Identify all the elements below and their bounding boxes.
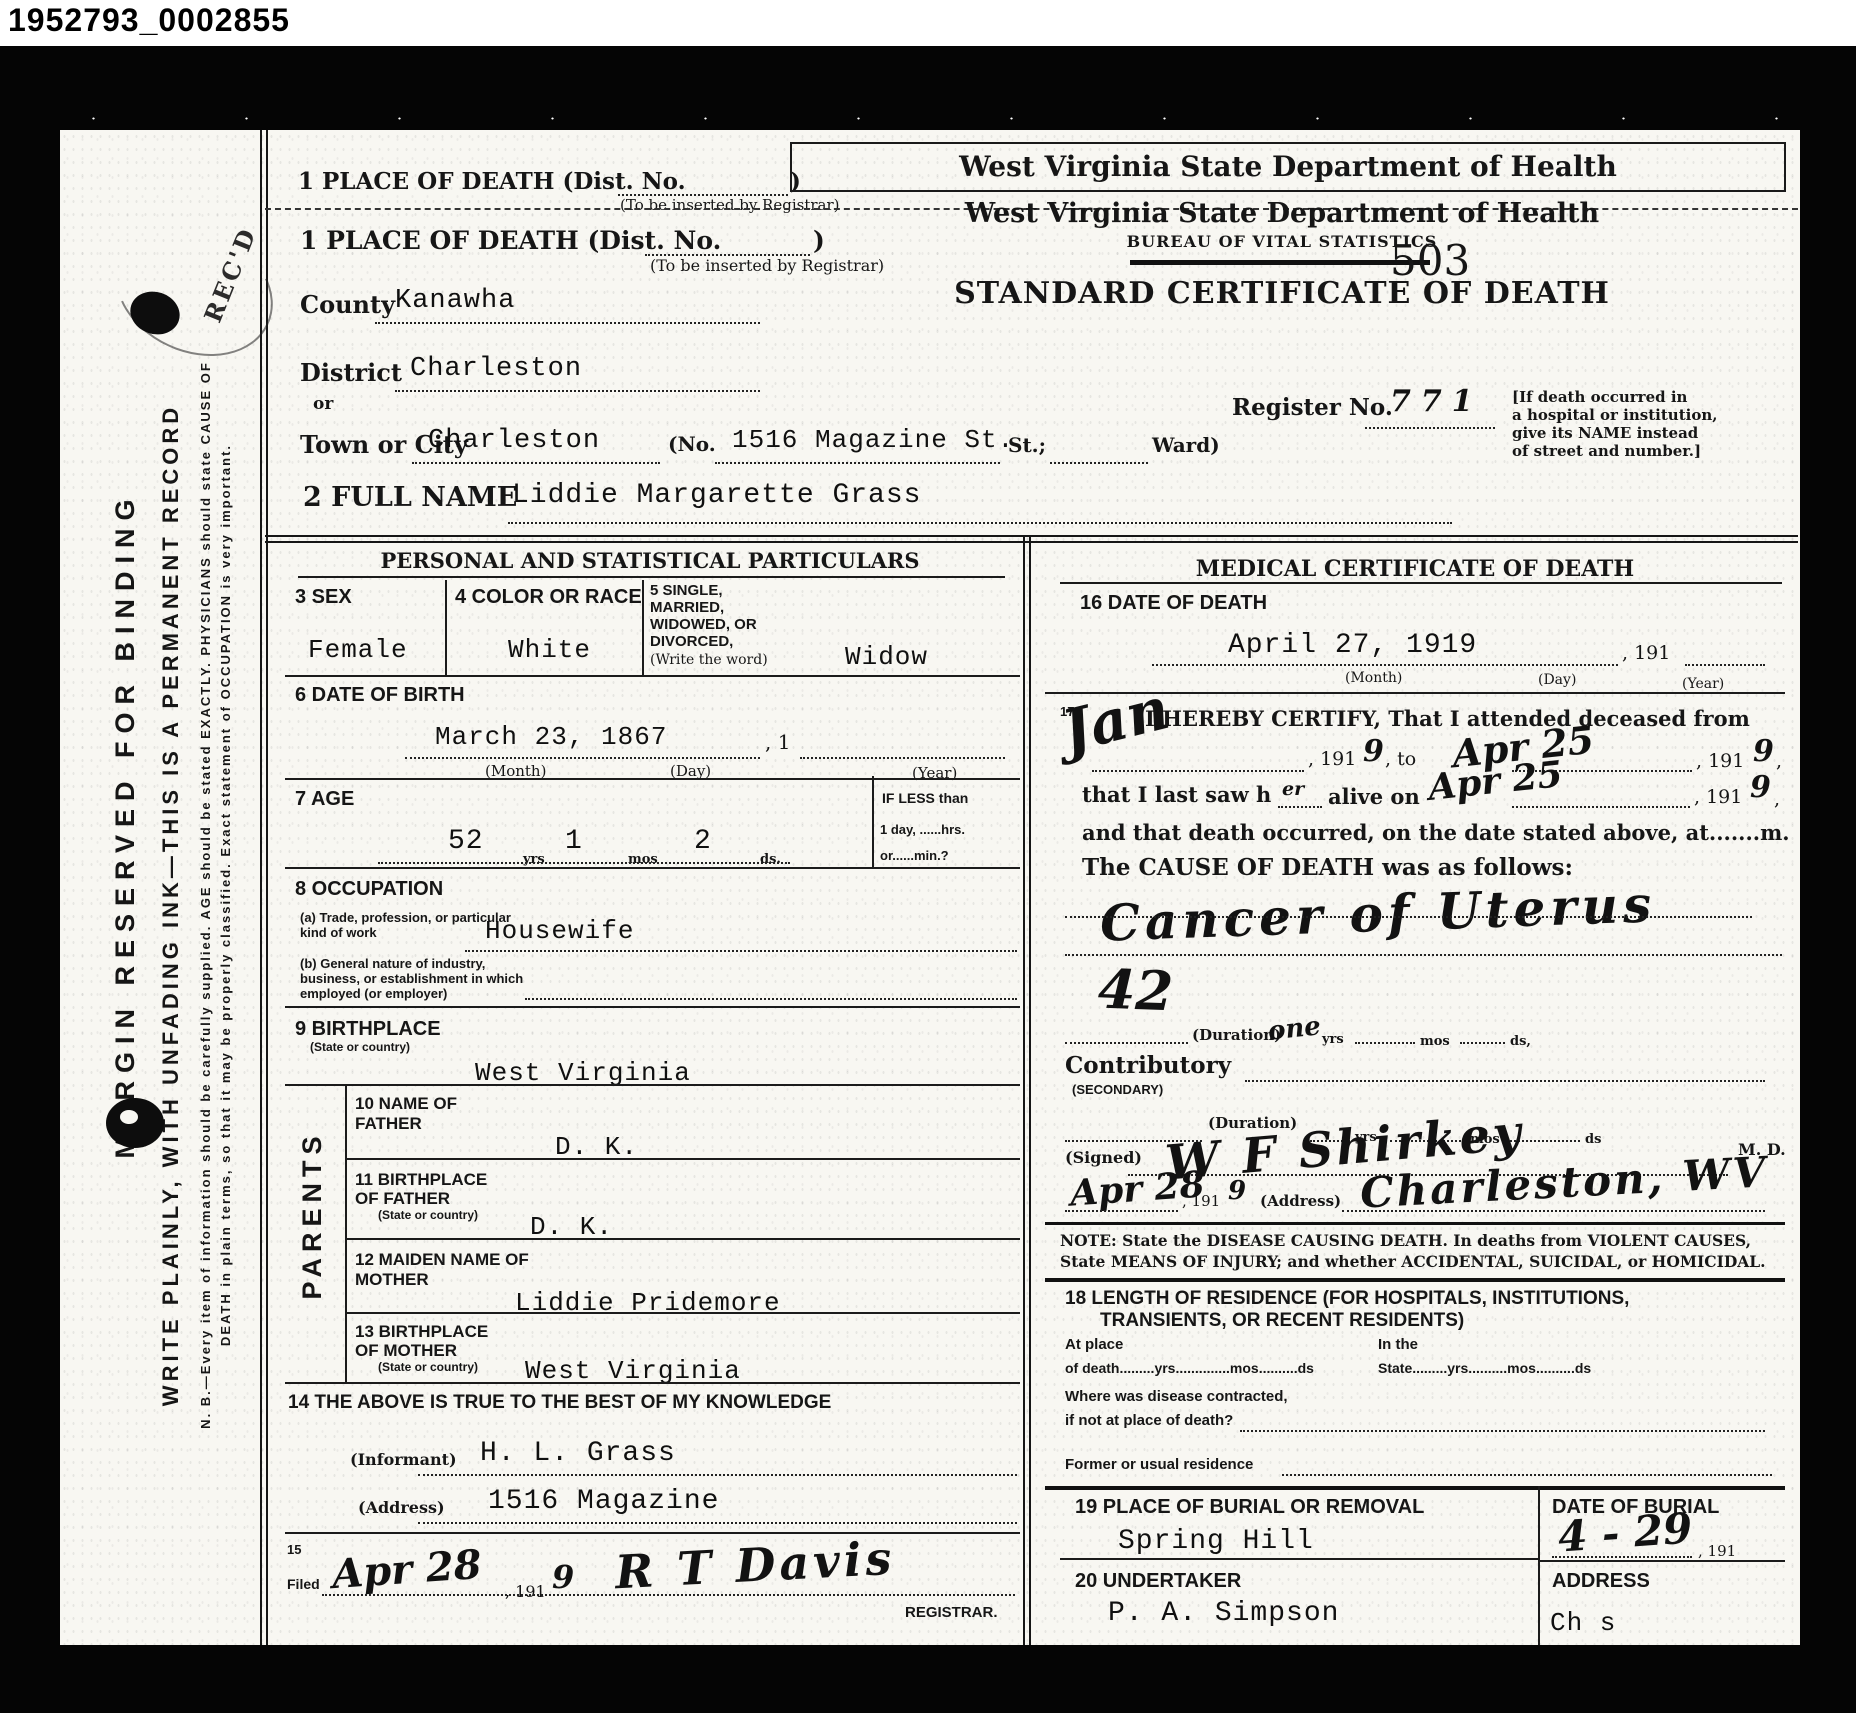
date-of-death-value: April 27, 1919 [1228,630,1477,661]
medical-section-title: MEDICAL CERTIFICATE OF DEATH [1045,556,1785,582]
blank-line [1355,1042,1415,1044]
color-race-label: 4 COLOR OR RACE [455,586,642,609]
occupation-a-label: (a) Trade, profession, or particular kin… [300,910,515,940]
binding-divider-rule [260,130,268,1645]
blank-line [1065,1042,1188,1044]
registrar-label: REGISTRAR. [905,1604,998,1621]
certify-statement: I HEREBY CERTIFY, That I attended deceas… [1145,706,1750,731]
county-label: County [300,290,395,319]
blank-line [1050,462,1148,464]
year-sublabel: (Year) [1682,676,1724,692]
margin-nb-line1: N. B.—Every item of information should b… [198,200,213,1590]
blank-line [418,1474,1017,1476]
rule [345,1238,1020,1240]
register-no-value: 771 [1390,384,1483,419]
date-of-birth-value: March 23, 1867 [435,722,667,752]
if-less-note-line3: or......min.? [880,848,949,863]
mos-sublabel: mos [1420,1034,1450,1049]
rule [298,576,1005,578]
length-of-residence-label-line2: TRANSIENTS, OR RECENT RESIDENTS) [1100,1310,1464,1332]
full-name-label: 2 FULL NAME [303,482,517,513]
blank-line [525,998,1017,1000]
in-the-label: In the [1378,1336,1418,1353]
scan-id-label: 1952793_0002855 [8,2,290,39]
father-name-label: 10 NAME OF FATHER [355,1094,505,1134]
blank-line [1552,1556,1692,1558]
age-months-value: 1 [565,826,583,857]
yrs-sublabel: yrs [523,852,545,867]
occupation-a-value: Housewife [485,916,634,946]
year-digit-handwriting: 9 [1750,770,1771,805]
place-of-burial-label: 19 PLACE OF BURIAL OR REMOVAL [1075,1496,1424,1519]
hospital-note-line1: [If death occurred in [1512,388,1687,406]
contributory-label: Contributory [1065,1052,1231,1079]
blank-line [1092,770,1304,772]
registrar-signature: R T Davis [614,1531,897,1600]
rule [1130,260,1430,265]
ds-sublabel: ds, [1510,1034,1531,1049]
blank-line [715,462,1000,464]
rule [285,1382,1020,1384]
yrs-sublabel: yrs [1322,1032,1344,1047]
blank-line [418,1522,1017,1524]
undertaker-label: 20 UNDERTAKER [1075,1570,1241,1593]
signed-address-label: (Address) [1260,1192,1341,1210]
age-years-value: 52 [448,826,484,857]
st-label: St.; [1008,433,1046,457]
cause-of-death-label: The CAUSE OF DEATH was as follows: [1082,854,1573,881]
rule [1045,1222,1785,1225]
rule [345,1312,1020,1314]
signed-label: (Signed) [1065,1148,1142,1167]
rule [285,778,1020,780]
or-label: or [313,394,333,414]
margin-binding-text: MARGIN RESERVED FOR BINDING [110,445,141,1205]
year-digit-handwriting: 9 [1363,734,1384,769]
marital-status-label: 5 SINGLE, MARRIED, WIDOWED, OR DIVORCED, [650,582,768,650]
blank-line [375,322,760,324]
blank-line [1065,1210,1178,1212]
blank-line [322,1594,1015,1596]
last-saw-statement: that I last saw h [1082,782,1271,807]
blank-line [1685,664,1765,666]
age-label: 7 AGE [295,788,354,811]
certificate-paper: MARGIN RESERVED FOR BINDING WRITE PLAINL… [60,130,1800,1645]
rule [285,1006,1020,1008]
informant-address-value: 1516 Magazine [488,1486,719,1517]
if-less-note-line1: IF LESS than [882,790,968,806]
mother-birthplace-label: 13 BIRTHPLACE OF MOTHER [355,1322,515,1360]
ds-sublabel: ds [1585,1132,1601,1147]
informant-truth-statement: 14 THE ABOVE IS TRUE TO THE BEST OF MY K… [288,1392,831,1414]
rule [1060,582,1782,584]
comma: , [1774,788,1780,810]
blank-line [508,522,1452,524]
hospital-note-line4: of street and number.] [1512,442,1701,460]
parents-vertical-label: PARENTS [297,1095,328,1335]
signed-year-handwriting: 9 [1228,1176,1246,1206]
birthplace-note: (State or country) [310,1040,410,1054]
if-less-note-line2: 1 day, ......hrs. [880,822,965,837]
cause-code-handwriting: 42 [1097,957,1174,1024]
column-divider-rule [1023,535,1031,1645]
mother-birthplace-note: (State or country) [378,1360,478,1374]
secondary-note: (SECONDARY) [1072,1082,1163,1097]
ink-blot [106,1098,164,1148]
state-blank-line: State.........yrs..........mos..........… [1378,1360,1591,1376]
duration-handwriting: one [1267,1011,1323,1046]
occupation-b-label: (b) General nature of industry, business… [300,956,540,1001]
age-days-value: 2 [694,826,712,857]
town-value: Charleston [428,426,600,456]
hospital-note-line3: give its NAME instead [1512,424,1698,442]
rule [285,867,1020,869]
registrar-insert-note-2: (To be inserted by Registrar) [650,256,884,275]
marital-write-note: (Write the word) [650,652,768,668]
color-race-value: White [508,635,591,665]
margin-write-plainly-text: WRITE PLAINLY, WITH UNFADING INK—THIS IS… [158,320,184,1490]
rule [285,1084,1020,1086]
to-label: , to [1385,748,1416,770]
day-sublabel: (Day) [1538,672,1576,688]
blank-line [1278,806,1322,808]
blank-line [1282,1474,1772,1476]
date-of-burial-handwriting: 4 - 29 [1556,1503,1693,1561]
father-birthplace-note: (State or country) [378,1208,478,1222]
length-of-residence-label-line1: 18 LENGTH OF RESIDENCE (FOR HOSPITALS, I… [1065,1288,1629,1310]
filed-label: Filed [287,1576,320,1592]
filed-date-handwriting: Apr 28 [331,1541,484,1598]
rule [1060,1558,1538,1560]
blank-line [1240,1430,1765,1432]
sex-label: 3 SEX [295,586,352,609]
sex-value: Female [308,635,408,665]
blank-line [1065,916,1752,918]
death-occurred-statement: and that death occurred, on the date sta… [1082,820,1790,845]
district-value: Charleston [410,354,582,384]
date-of-birth-label: 6 DATE OF BIRTH [295,684,465,707]
blank-line [1512,806,1690,808]
informant-label: (Informant) [350,1450,457,1469]
marital-status-value: Widow [845,642,928,672]
mother-maiden-name-label: 12 MAIDEN NAME OF MOTHER [355,1250,535,1290]
father-birthplace-label: 11 BIRTHPLACE OF FATHER [355,1170,515,1208]
undertaker-address-label: ADDRESS [1552,1570,1650,1593]
margin-nb-line2: DEATH in plain terms, so that it may be … [218,215,233,1575]
cell-divider [642,580,644,675]
district-label: District [300,358,402,387]
date-of-death-year-stub: , 191 [1622,642,1670,664]
year-stub: , 191 [1696,750,1744,772]
full-name-value: Liddie Margarette Grass [512,480,921,511]
filed-year-handwriting: 9 [552,1558,574,1596]
blank-line [378,862,790,864]
filed-year-stub: , 191 [505,1582,546,1601]
department-header-box: West Virginia State Department of Health [790,142,1786,192]
register-no-label: Register No. [1232,394,1393,421]
mos-sublabel: mos [628,852,658,867]
certificate-title: STANDARD CERTIFICATE OF DEATH [782,276,1782,311]
signed-year-stub: , 191 [1182,1192,1220,1210]
cell-divider [1538,1486,1540,1645]
ds-sublabel: ds. [760,852,781,867]
birthplace-label: 9 BIRTHPLACE [295,1018,441,1041]
year-stub: , 191 [1694,786,1742,808]
ward-label: Ward) [1152,433,1220,457]
date-of-death-label: 16 DATE OF DEATH [1080,592,1267,615]
alive-date-handwriting: Apr 25 [1426,753,1564,809]
hospital-note-line2: a hospital or institution, [1512,406,1717,424]
cell-divider [872,776,874,867]
former-residence-label: Former or usual residence [1065,1456,1253,1473]
cause-of-death-handwriting: Cancer of Uterus [1099,874,1657,952]
blank-line [800,757,1005,759]
county-value: Kanawha [395,286,515,316]
blank-line [1065,954,1782,956]
section-divider-rule [265,535,1798,543]
informant-value: H. L. Grass [480,1438,676,1469]
filed-field-number: 15 [287,1542,301,1557]
undertaker-value: P. A. Simpson [1108,1598,1339,1629]
month-sublabel: (Month) [1345,670,1402,686]
disease-contracted-label-line2: if not at place of death? [1065,1412,1233,1429]
year-digit-handwriting: 9 [1753,734,1774,769]
blank-line [1245,1080,1765,1082]
comma: , [1776,750,1782,772]
blank-line [1365,427,1495,429]
street-no-label: (No. [668,432,716,456]
rule [1045,1278,1785,1282]
cell-divider [345,1084,347,1382]
place-of-death-label-2: 1 PLACE OF DEATH (Dist. No. [300,226,721,255]
blank-line [405,757,760,759]
rule [285,1532,1020,1534]
date-of-birth-year-stub: , 1 [765,730,790,754]
bureau-label: BUREAU OF VITAL STATISTICS [782,232,1782,251]
informant-address-label: (Address) [358,1498,445,1517]
year-stub: , 191 [1308,748,1356,770]
blank-line [412,462,660,464]
department-header-2: West Virginia State Department of Health [782,198,1782,229]
at-place-label: At place [1065,1336,1123,1353]
disease-contracted-label-line1: Where was disease contracted, [1065,1388,1288,1405]
burial-year-stub: , 191 [1698,1542,1736,1560]
alive-on-label: alive on [1328,784,1420,809]
blank-line [465,950,1017,952]
blank-line [395,390,760,392]
scan-id-bar: 1952793_0002855 [0,0,1856,46]
blank-line [1152,664,1618,666]
ink-blot-highlight [120,1110,138,1124]
place-of-death-label: 1 PLACE OF DEATH (Dist. No. [298,168,686,195]
occupation-label: 8 OCCUPATION [295,878,443,901]
personal-section-title: PERSONAL AND STATISTICAL PARTICULARS [285,548,1015,573]
of-death-blank-line: of death.........yrs..............mos...… [1065,1360,1314,1376]
note-paragraph: NOTE: State the DISEASE CAUSING DEATH. I… [1060,1230,1790,1272]
undertaker-address-value: Ch s [1550,1608,1616,1638]
blank-line [1460,1042,1505,1044]
rule [285,675,1020,677]
rule [1538,1560,1785,1562]
street-value: 1516 Magazine St. [732,425,1014,455]
her-handwriting: er [1282,778,1304,800]
rule [345,1158,1020,1160]
cell-divider [445,580,447,675]
place-of-burial-value: Spring Hill [1118,1526,1314,1557]
rule [1045,1486,1785,1490]
